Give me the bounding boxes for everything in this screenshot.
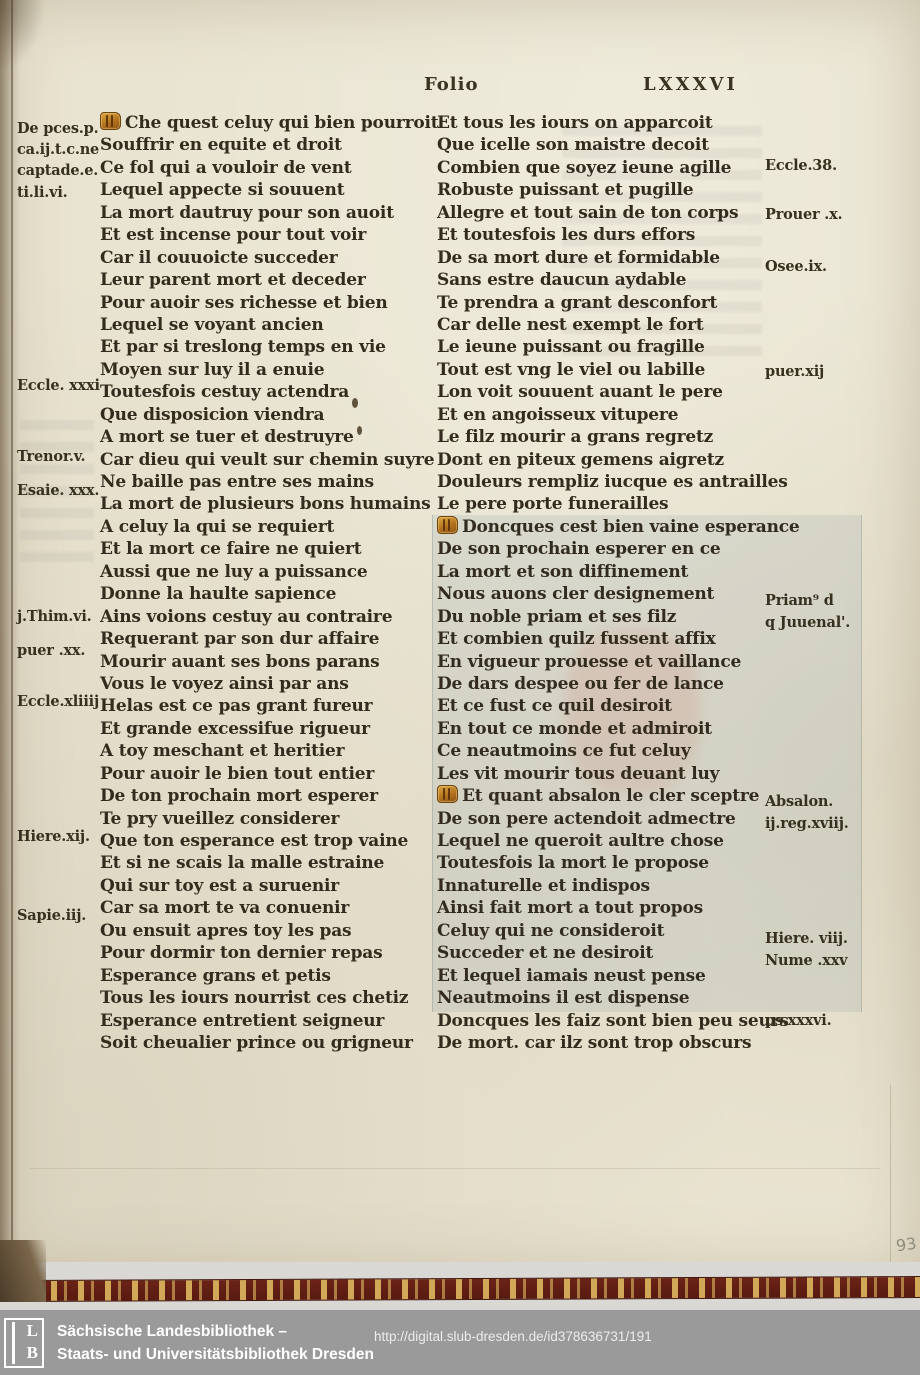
- parchment-page: Folio LXXXVI De pces.p.ca.ij.t.c.necapta…: [0, 0, 920, 1278]
- verse-text: Le pere porte funerailles: [437, 494, 668, 514]
- verse-line: Celuy qui ne consideroit: [437, 920, 800, 942]
- verse-line: Et tous les iours on apparcoit: [437, 112, 800, 134]
- paraph-mark-icon: [100, 112, 121, 130]
- left-text-column: Che quest celuy qui bien pourroitSouffri…: [100, 112, 438, 1054]
- verse-line: Et par si treslong temps en vie: [100, 336, 438, 358]
- verse-line: Nous auons cler designement: [437, 583, 800, 605]
- pencil-page-number: 93: [895, 1234, 918, 1256]
- verse-text: Et par si treslong temps en vie: [100, 337, 386, 357]
- manuscript-scan: Folio LXXXVI De pces.p.ca.ij.t.c.necapta…: [0, 0, 920, 1375]
- verse-text: Succeder et ne desiroit: [437, 943, 653, 963]
- verse-text: Le filz mourir a grans regretz: [437, 427, 713, 447]
- verse-line: Et combien quilz fussent affix: [437, 628, 800, 650]
- verse-text: Helas est ce pas grant fureur: [100, 696, 372, 716]
- margin-reference: ti.li.vi.: [17, 184, 68, 201]
- verse-text: A celuy la qui se requiert: [100, 517, 334, 537]
- verse-text: Que ton esperance est trop vaine: [100, 831, 408, 851]
- verse-line: Et grande excessifue rigueur: [100, 718, 438, 740]
- verse-text: La mort et son diffinement: [437, 562, 688, 582]
- verse-line: Ou ensuit apres toy les pas: [100, 920, 438, 942]
- verse-text: Ce fol qui a vouloir de vent: [100, 158, 351, 178]
- verse-line: Donne la haulte sapience: [100, 583, 438, 605]
- verse-text: Ainsi fait mort a tout propos: [437, 898, 703, 918]
- verse-line: De dars despee ou fer de lance: [437, 673, 800, 695]
- verse-line: Toutesfois la mort le propose: [437, 852, 800, 874]
- verse-line: La mort dautruy pour son auoit: [100, 202, 438, 224]
- verse-text: Tous les iours nourrist ces chetiz: [100, 988, 408, 1008]
- verse-text: De sa mort dure et formidable: [437, 248, 720, 268]
- verse-text: Doncques les faiz sont bien peu seurs: [437, 1011, 789, 1031]
- verse-line: Vous le voyez ainsi par ans: [100, 673, 438, 695]
- folio-label: Folio: [424, 74, 478, 95]
- verse-line: Douleurs rempliz iucque es antrailles: [437, 471, 800, 493]
- verse-line: Qui sur toy est a suruenir: [100, 875, 438, 897]
- verse-text: Te pry vueillez considerer: [100, 809, 339, 829]
- margin-reference: Absalon.: [765, 793, 833, 810]
- verse-line: Ce neautmoins ce fut celuy: [437, 740, 800, 762]
- verse-line: Neautmoins il est dispense: [437, 987, 800, 1009]
- verse-line: Doncques cest bien vaine esperance: [437, 516, 800, 538]
- verse-text: De ton prochain mort esperer: [100, 786, 378, 806]
- verse-text: De son prochain esperer en ce: [437, 539, 721, 559]
- library-name-line1: Sächsische Landesbibliothek –: [57, 1323, 287, 1341]
- verse-line: En vigueur prouesse et vaillance: [437, 651, 800, 673]
- verse-text: Tout est vng le viel ou labille: [437, 360, 705, 380]
- verse-line: Souffrir en equite et droit: [100, 134, 438, 156]
- verse-text: Et toutesfois les durs effors: [437, 225, 695, 245]
- verse-line: A mort se tuer et destruyre: [100, 426, 438, 448]
- book-edge-shadow: [0, 1240, 46, 1302]
- verse-line: Le filz mourir a grans regretz: [437, 426, 800, 448]
- margin-reference: Esaie. xxx.: [17, 482, 99, 499]
- margin-reference: captade.e.: [17, 162, 98, 179]
- verse-text: Car delle nest exempt le fort: [437, 315, 704, 335]
- verse-text: Esperance entretient seigneur: [100, 1011, 384, 1031]
- verse-text: Aussi que ne luy a puissance: [100, 562, 367, 582]
- ink-speck: [357, 426, 362, 435]
- verse-line: Que icelle son maistre decoit: [437, 134, 800, 156]
- verse-line: A celuy la qui se requiert: [100, 516, 438, 538]
- margin-reference: Eccle. xxxi: [17, 377, 100, 394]
- verse-text: Ne baille pas entre ses mains: [100, 472, 374, 492]
- verse-text: De son pere actendoit admectre: [437, 809, 736, 829]
- verse-line: Et en angoisseux vitupere: [437, 404, 800, 426]
- verse-text: Et ce fust ce quil desiroit: [437, 696, 672, 716]
- margin-reference: ca.ij.t.c.ne: [17, 141, 99, 158]
- verse-line: Mourir auant ses bons parans: [100, 651, 438, 673]
- verse-line: Pour auoir ses richesse et bien: [100, 292, 438, 314]
- verse-line: Leur parent mort et deceder: [100, 269, 438, 291]
- library-name-line2: Staats- und Universitätsbibliothek Dresd…: [57, 1346, 374, 1364]
- verse-line: Et la mort ce faire ne quiert: [100, 538, 438, 560]
- verse-text: Robuste puissant et pugille: [437, 180, 693, 200]
- verse-line: Et quant absalon le cler sceptre: [437, 785, 800, 807]
- verse-line: Ce fol qui a vouloir de vent: [100, 157, 438, 179]
- verse-text: Ains voions cestuy au contraire: [100, 607, 392, 627]
- verse-text: Et lequel iamais neust pense: [437, 966, 706, 986]
- paraph-mark-icon: [437, 516, 458, 534]
- verse-line: Te prendra a grant desconfort: [437, 292, 800, 314]
- margin-reference: Eccle.xliiij: [17, 693, 99, 710]
- verse-line: Sans estre daucun aydable: [437, 269, 800, 291]
- verse-text: Innaturelle et indispos: [437, 876, 650, 896]
- verse-line: Pour auoir le bien tout entier: [100, 763, 438, 785]
- verse-line: Et est incense pour tout voir: [100, 224, 438, 246]
- margin-reference: puer .xx.: [17, 642, 85, 659]
- margin-reference: Osee.ix.: [765, 258, 827, 275]
- verse-line: Les vit mourir tous deuant luy: [437, 763, 800, 785]
- verse-line: Helas est ce pas grant fureur: [100, 695, 438, 717]
- verse-text: Pour auoir ses richesse et bien: [100, 293, 388, 313]
- verse-text: La mort dautruy pour son auoit: [100, 203, 394, 223]
- verse-text: Souffrir en equite et droit: [100, 135, 342, 155]
- verse-line: Che quest celuy qui bien pourroit: [100, 112, 438, 134]
- verse-line: Aussi que ne luy a puissance: [100, 561, 438, 583]
- verse-text: Donne la haulte sapience: [100, 584, 336, 604]
- verse-text: Ou ensuit apres toy les pas: [100, 921, 351, 941]
- verse-line: Le ieune puissant ou fragille: [437, 336, 800, 358]
- verse-text: Lequel se voyant ancien: [100, 315, 324, 335]
- gilt-book-edge: [24, 1276, 920, 1302]
- margin-reference: q Juuenal'.: [765, 614, 850, 631]
- verse-line: Car delle nest exempt le fort: [437, 314, 800, 336]
- verse-text: Que icelle son maistre decoit: [437, 135, 709, 155]
- verse-line: Car il couuoicte succeder: [100, 247, 438, 269]
- verse-text: Dont en piteux gemens aigretz: [437, 450, 724, 470]
- verse-text: Nous auons cler designement: [437, 584, 714, 604]
- verse-line: Moyen sur luy il a enuie: [100, 359, 438, 381]
- verse-line: Succeder et ne desiroit: [437, 942, 800, 964]
- margin-reference: Trenor.v.: [17, 448, 85, 465]
- verse-line: De mort. car ilz sont trop obscurs: [437, 1032, 800, 1054]
- verse-text: Lequel ne queroit aultre chose: [437, 831, 724, 851]
- margin-reference: Sapie.iij.: [17, 907, 86, 924]
- verse-text: Les vit mourir tous deuant luy: [437, 764, 719, 784]
- verse-text: A toy meschant et heritier: [100, 741, 344, 761]
- verse-text: La mort de plusieurs bons humains: [100, 494, 431, 514]
- verse-line: Toutesfois cestuy actendra: [100, 381, 438, 403]
- verse-line: Lequel ne queroit aultre chose: [437, 830, 800, 852]
- verse-text: De mort. car ilz sont trop obscurs: [437, 1033, 751, 1053]
- verse-line: Dont en piteux gemens aigretz: [437, 449, 800, 471]
- verse-line: Te pry vueillez considerer: [100, 808, 438, 830]
- verse-text: Lequel appecte si souuent: [100, 180, 344, 200]
- verse-line: De son pere actendoit admectre: [437, 808, 800, 830]
- verse-line: Car dieu qui veult sur chemin suyre: [100, 449, 438, 471]
- verse-text: Car sa mort te va conuenir: [100, 898, 349, 918]
- verse-line: La mort de plusieurs bons humains: [100, 493, 438, 515]
- slub-logo: L B: [4, 1318, 44, 1368]
- verse-text: De dars despee ou fer de lance: [437, 674, 724, 694]
- verse-text: Celuy qui ne consideroit: [437, 921, 664, 941]
- margin-reference: Hiere.xij.: [17, 828, 90, 845]
- verse-line: De son prochain esperer en ce: [437, 538, 800, 560]
- verse-text: Requerant par son dur affaire: [100, 629, 379, 649]
- verse-text: Lon voit souuent auant le pere: [437, 382, 723, 402]
- verse-text: Du noble priam et ses filz: [437, 607, 676, 627]
- verse-text: Qui sur toy est a suruenir: [100, 876, 339, 896]
- page-edge-line: [890, 1085, 891, 1270]
- verse-text: Soit cheualier prince ou grigneur: [100, 1033, 413, 1053]
- verse-line: Le pere porte funerailles: [437, 493, 800, 515]
- verse-text: Vous le voyez ainsi par ans: [100, 674, 349, 694]
- verse-text: Et si ne scais la malle estraine: [100, 853, 384, 873]
- verse-line: A toy meschant et heritier: [100, 740, 438, 762]
- margin-reference: ps.xxxvi.: [765, 1012, 831, 1029]
- right-text-column: Et tous les iours on apparcoitQue icelle…: [437, 112, 800, 1054]
- verse-text: Et grande excessifue rigueur: [100, 719, 370, 739]
- verse-text: Leur parent mort et deceder: [100, 270, 366, 290]
- margin-reference: De pces.p.: [17, 120, 98, 137]
- verse-text: Che quest celuy qui bien pourroit: [125, 113, 438, 133]
- verse-text: Te prendra a grant desconfort: [437, 293, 717, 313]
- margin-reference: Eccle.38.: [765, 157, 837, 174]
- page-crease: [30, 1168, 880, 1169]
- ink-speck: [352, 398, 358, 408]
- margin-reference: j.Thim.vi.: [17, 608, 92, 625]
- verse-line: Pour dormir ton dernier repas: [100, 942, 438, 964]
- verse-text: Car il couuoicte succeder: [100, 248, 338, 268]
- verse-line: Combien que soyez ieune agille: [437, 157, 800, 179]
- verse-text: Combien que soyez ieune agille: [437, 158, 731, 178]
- margin-reference: Priam⁹ d: [765, 592, 834, 609]
- verse-line: Et toutesfois les durs effors: [437, 224, 800, 246]
- verse-line: En tout ce monde et admiroit: [437, 718, 800, 740]
- verse-line: Que ton esperance est trop vaine: [100, 830, 438, 852]
- verse-line: Esperance grans et petis: [100, 965, 438, 987]
- verse-text: Mourir auant ses bons parans: [100, 652, 379, 672]
- verse-line: Tous les iours nourrist ces chetiz: [100, 987, 438, 1009]
- verse-text: Neautmoins il est dispense: [437, 988, 689, 1008]
- margin-reference: Hiere. viij.: [765, 930, 848, 947]
- verse-text: Allegre et tout sain de ton corps: [437, 203, 738, 223]
- verse-line: Lon voit souuent auant le pere: [437, 381, 800, 403]
- library-footer-bar: L B Sächsische Landesbibliothek – Staats…: [0, 1310, 920, 1375]
- verse-text: Douleurs rempliz iucque es antrailles: [437, 472, 788, 492]
- verse-text: Sans estre daucun aydable: [437, 270, 686, 290]
- verse-line: Innaturelle et indispos: [437, 875, 800, 897]
- margin-reference: Prouer .x.: [765, 206, 842, 223]
- verse-line: Tout est vng le viel ou labille: [437, 359, 800, 381]
- verse-text: Et en angoisseux vitupere: [437, 405, 678, 425]
- verse-line: Ainsi fait mort a tout propos: [437, 897, 800, 919]
- verse-text: En tout ce monde et admiroit: [437, 719, 712, 739]
- verse-text: Et combien quilz fussent affix: [437, 629, 716, 649]
- verse-line: De ton prochain mort esperer: [100, 785, 438, 807]
- verse-text: Et la mort ce faire ne quiert: [100, 539, 361, 559]
- verse-text: En vigueur prouesse et vaillance: [437, 652, 741, 672]
- verse-text: Que disposicion viendra: [100, 405, 324, 425]
- verse-line: Soit cheualier prince ou grigneur: [100, 1032, 438, 1054]
- verse-line: Allegre et tout sain de ton corps: [437, 202, 800, 224]
- verse-text: Pour auoir le bien tout entier: [100, 764, 374, 784]
- verse-line: Et lequel iamais neust pense: [437, 965, 800, 987]
- margin-reference: Nume .xxv: [765, 952, 847, 969]
- verse-line: Requerant par son dur affaire: [100, 628, 438, 650]
- digital-object-url: http://digital.slub-dresden.de/id3786367…: [374, 1329, 652, 1344]
- verse-text: A mort se tuer et destruyre: [100, 427, 354, 447]
- verse-line: Du noble priam et ses filz: [437, 606, 800, 628]
- page-edge-line: [11, 0, 13, 1270]
- verse-text: Doncques cest bien vaine esperance: [462, 517, 800, 537]
- margin-reference: puer.xij: [765, 363, 824, 380]
- verse-line: Et si ne scais la malle estraine: [100, 852, 438, 874]
- verse-line: Que disposicion viendra: [100, 404, 438, 426]
- verse-line: Car sa mort te va conuenir: [100, 897, 438, 919]
- verse-line: Doncques les faiz sont bien peu seurs: [437, 1010, 800, 1032]
- verse-line: Lequel se voyant ancien: [100, 314, 438, 336]
- margin-reference: ij.reg.xviij.: [765, 815, 849, 832]
- verse-line: Robuste puissant et pugille: [437, 179, 800, 201]
- verse-text: Moyen sur luy il a enuie: [100, 360, 324, 380]
- verse-text: Et quant absalon le cler sceptre: [462, 786, 759, 806]
- folio-number: LXXXVI: [643, 74, 738, 95]
- verse-text: Ce neautmoins ce fut celuy: [437, 741, 691, 761]
- verse-text: Pour dormir ton dernier repas: [100, 943, 383, 963]
- verse-line: Esperance entretient seigneur: [100, 1010, 438, 1032]
- verse-text: Et est incense pour tout voir: [100, 225, 366, 245]
- paraph-mark-icon: [437, 785, 458, 803]
- verse-line: Et ce fust ce quil desiroit: [437, 695, 800, 717]
- verse-text: Esperance grans et petis: [100, 966, 331, 986]
- verse-text: Et tous les iours on apparcoit: [437, 113, 713, 133]
- verse-text: Car dieu qui veult sur chemin suyre: [100, 450, 434, 470]
- verse-line: Ne baille pas entre ses mains: [100, 471, 438, 493]
- verse-line: Lequel appecte si souuent: [100, 179, 438, 201]
- verse-line: De sa mort dure et formidable: [437, 247, 800, 269]
- verse-line: La mort et son diffinement: [437, 561, 800, 583]
- verse-text: Le ieune puissant ou fragille: [437, 337, 705, 357]
- verse-line: Ains voions cestuy au contraire: [100, 606, 438, 628]
- verse-text: Toutesfois cestuy actendra: [100, 382, 349, 402]
- verse-text: Toutesfois la mort le propose: [437, 853, 709, 873]
